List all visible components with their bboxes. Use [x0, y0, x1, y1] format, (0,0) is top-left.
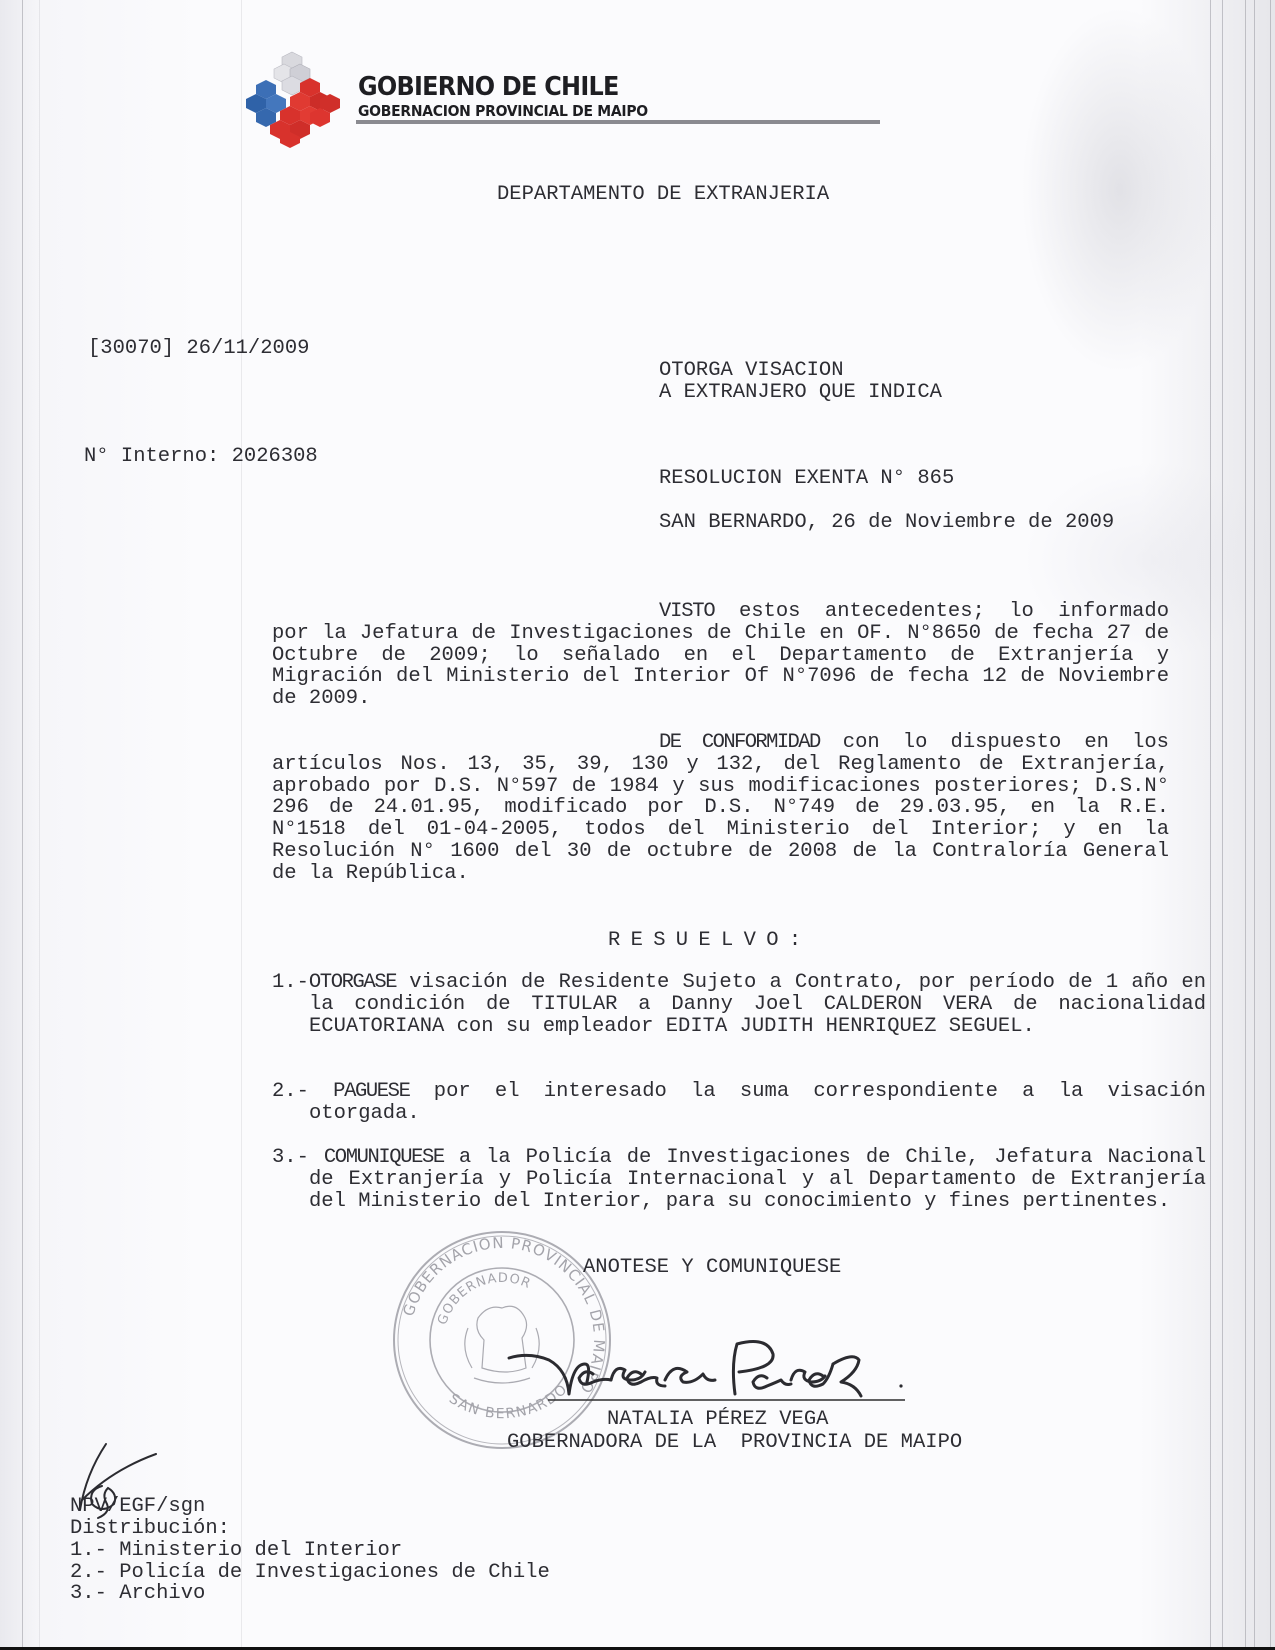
resolution-item-2: 2.- PAGUESE por el interesado la suma co… — [272, 1081, 1206, 1125]
distribution-item: 2.- Policía de Investigaciones de Chile — [70, 1562, 550, 1584]
distribution-item: 1.- Ministerio del Interior — [70, 1540, 402, 1562]
item-number: 2.- — [272, 1080, 333, 1103]
org-subtitle: GOBERNACION PROVINCIAL DE MAIPO — [358, 102, 648, 120]
item-text: a la Policía de Investigaciones de Chile… — [309, 1146, 1206, 1213]
resolution-number: RESOLUCION EXENTA N° 865 — [659, 468, 954, 490]
subject-line-1: OTORGA VISACION — [659, 360, 844, 382]
distribution-item: 3.- Archivo — [70, 1583, 205, 1605]
item-number: 3.- — [272, 1146, 324, 1169]
scan-edge-line — [1270, 0, 1271, 1648]
resolution-item-1: 1.-OTORGASE visación de Residente Sujeto… — [272, 972, 1206, 1037]
item-text: por el interesado la suma correspondient… — [309, 1080, 1206, 1125]
handwritten-signature-icon — [505, 1334, 925, 1404]
subject-line-2: A EXTRANJERO QUE INDICA — [659, 382, 942, 404]
item-lead: OTORGASE — [309, 971, 396, 994]
scan-edge-line — [39, 0, 40, 1648]
fold-line — [241, 0, 242, 1648]
scan-edge-line — [1210, 0, 1211, 1648]
resolution-item-3: 3.- COMUNIQUESE a la Policía de Investig… — [272, 1147, 1206, 1212]
conformidad-text: con lo dispuesto en los artículos Nos. 1… — [272, 731, 1169, 885]
closing-formula: ANOTESE Y COMUNIQUESE — [583, 1257, 841, 1279]
gobierno-de-chile-logo-icon — [244, 50, 348, 148]
internal-number: N° Interno: 2026308 — [84, 446, 318, 468]
scan-edge-line — [1222, 0, 1223, 1648]
signatory-title: GOBERNADORA DE LA PROVINCIA DE MAIPO — [507, 1432, 962, 1454]
item-text: visación de Residente Sujeto a Contrato,… — [309, 971, 1206, 1038]
visto-text: estos antecedentes; lo informado por la … — [272, 600, 1169, 710]
signature-line — [548, 1399, 905, 1401]
header-divider — [356, 120, 880, 124]
item-number: 1.- — [272, 971, 309, 994]
visto-paragraph: VISTO estos antecedentes; lo informado p… — [272, 601, 1169, 710]
org-title: GOBIERNO DE CHILE — [358, 72, 619, 102]
department-heading: DEPARTAMENTO DE EXTRANJERIA — [497, 184, 829, 206]
distribution-label: Distribución: — [70, 1518, 230, 1540]
place-and-date: SAN BERNARDO, 26 de Noviembre de 2009 — [659, 512, 1114, 534]
signatory-name: NATALIA PÉREZ VEGA — [607, 1409, 828, 1431]
scan-edge-line — [1245, 0, 1246, 1648]
resuelvo-heading: R E S U E L V O : — [608, 930, 800, 952]
svg-text:GOBERNADOR: GOBERNADOR — [435, 1271, 533, 1327]
item-lead: PAGUESE — [333, 1080, 409, 1103]
visto-lead: VISTO — [659, 600, 715, 623]
reference-number: [30070] 26/11/2009 — [88, 338, 309, 360]
scan-edge-line — [22, 0, 23, 1648]
document-page: GOBIERNO DE CHILE GOBERNACION PROVINCIAL… — [0, 0, 1275, 1650]
item-lead: COMUNIQUESE — [324, 1146, 444, 1169]
typist-initials: NPV/EGF/sgn — [70, 1496, 205, 1518]
conformidad-lead: DE CONFORMIDAD — [659, 731, 820, 754]
scan-edge-line — [1254, 0, 1255, 1648]
conformidad-paragraph: DE CONFORMIDAD con lo dispuesto en los a… — [272, 732, 1169, 885]
